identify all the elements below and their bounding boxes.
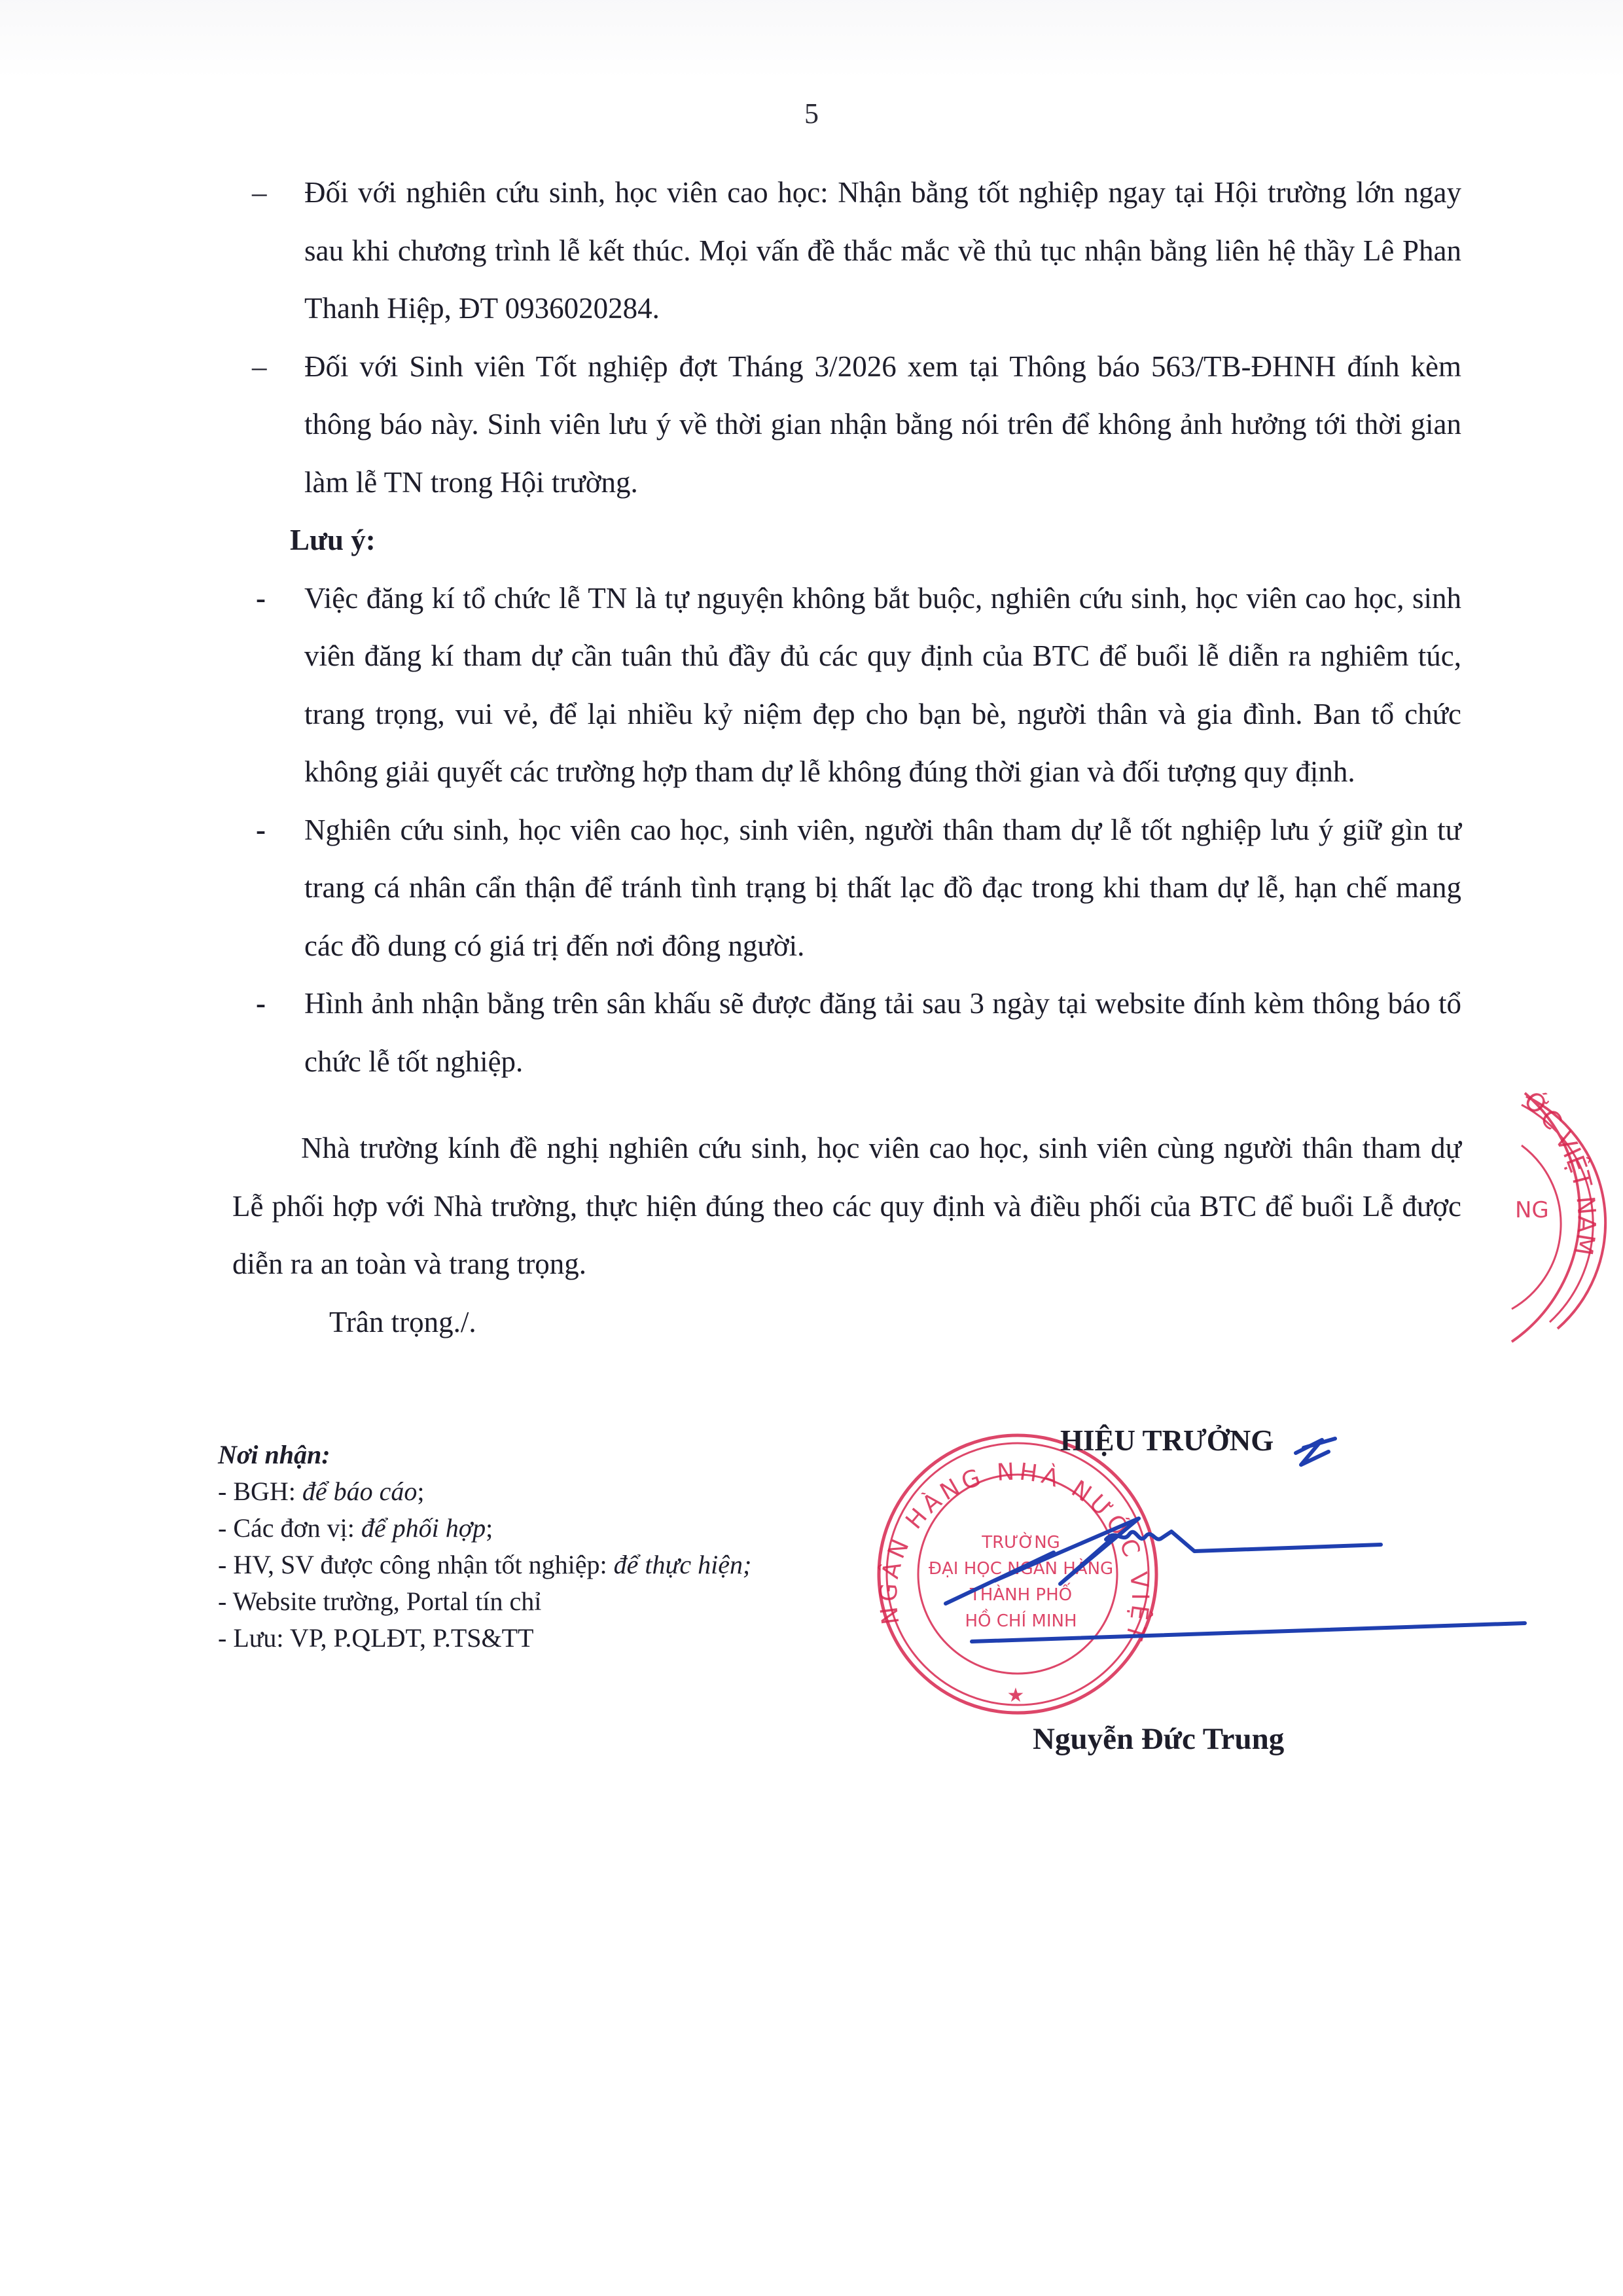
recipient-item: - Lưu: VP, P.QLĐT, P.TS&TT [218, 1620, 846, 1657]
bullet: – [252, 338, 267, 396]
recipient-item: - Các đơn vị: để phối hợp; [218, 1510, 846, 1547]
closing-paragraph: Nhà trường kính đề nghị nghiên cứu sinh,… [232, 1119, 1461, 1293]
list-item: – Đối với nghiên cứu sinh, học viên cao … [232, 164, 1461, 338]
bullet: – [252, 164, 267, 222]
list-item: - Nghiên cứu sinh, học viên cao học, sin… [232, 801, 1461, 975]
edge-seal-stamp: ỚC VIỆT NAM NG [1466, 1060, 1623, 1361]
item-text: Hình ảnh nhận bằng trên sân khấu sẽ được… [304, 987, 1461, 1078]
item-text: Việc đăng kí tổ chức lễ TN là tự nguyện … [304, 582, 1461, 789]
list-item: – Đối với Sinh viên Tốt nghiệp đợt Tháng… [232, 338, 1461, 512]
bullet: - [256, 801, 266, 859]
list-item: - Hình ảnh nhận bằng trên sân khấu sẽ đư… [232, 975, 1461, 1090]
bullet: - [256, 975, 266, 1033]
recipients-title: Nơi nhận: [218, 1437, 846, 1473]
note-heading: Lưu ý: [232, 511, 1461, 569]
handwritten-signature [864, 1401, 1584, 1767]
edge-seal-inner-text: NG [1515, 1197, 1549, 1223]
item-text: Đối với Sinh viên Tốt nghiệp đợt Tháng 3… [304, 350, 1461, 499]
recipient-item: - Website trường, Portal tín chỉ [218, 1583, 846, 1620]
bullet: - [256, 569, 266, 628]
item-text: Nghiên cứu sinh, học viên cao học, sinh … [304, 814, 1461, 962]
regards: Trân trọng./. [232, 1293, 1461, 1352]
list-item: - Việc đăng kí tổ chức lễ TN là tự nguyệ… [232, 569, 1461, 801]
document-body: – Đối với nghiên cứu sinh, học viên cao … [232, 164, 1461, 1351]
page-number: 5 [0, 97, 1623, 130]
recipient-item: - HV, SV được công nhận tốt nghiệp: để t… [218, 1547, 846, 1583]
signature-block: NGÂN HÀNG NHÀ NƯỚC VIỆT NAM TRƯỜNG ĐẠI H… [864, 1401, 1584, 1767]
item-text: Đối với nghiên cứu sinh, học viên cao họ… [304, 176, 1461, 325]
scan-shading [0, 0, 1623, 79]
recipients-block: Nơi nhận: - BGH: để báo cáo; - Các đơn v… [218, 1437, 846, 1657]
signer-name: Nguyễn Đức Trung [1033, 1721, 1284, 1757]
recipient-item: - BGH: để báo cáo; [218, 1473, 846, 1510]
